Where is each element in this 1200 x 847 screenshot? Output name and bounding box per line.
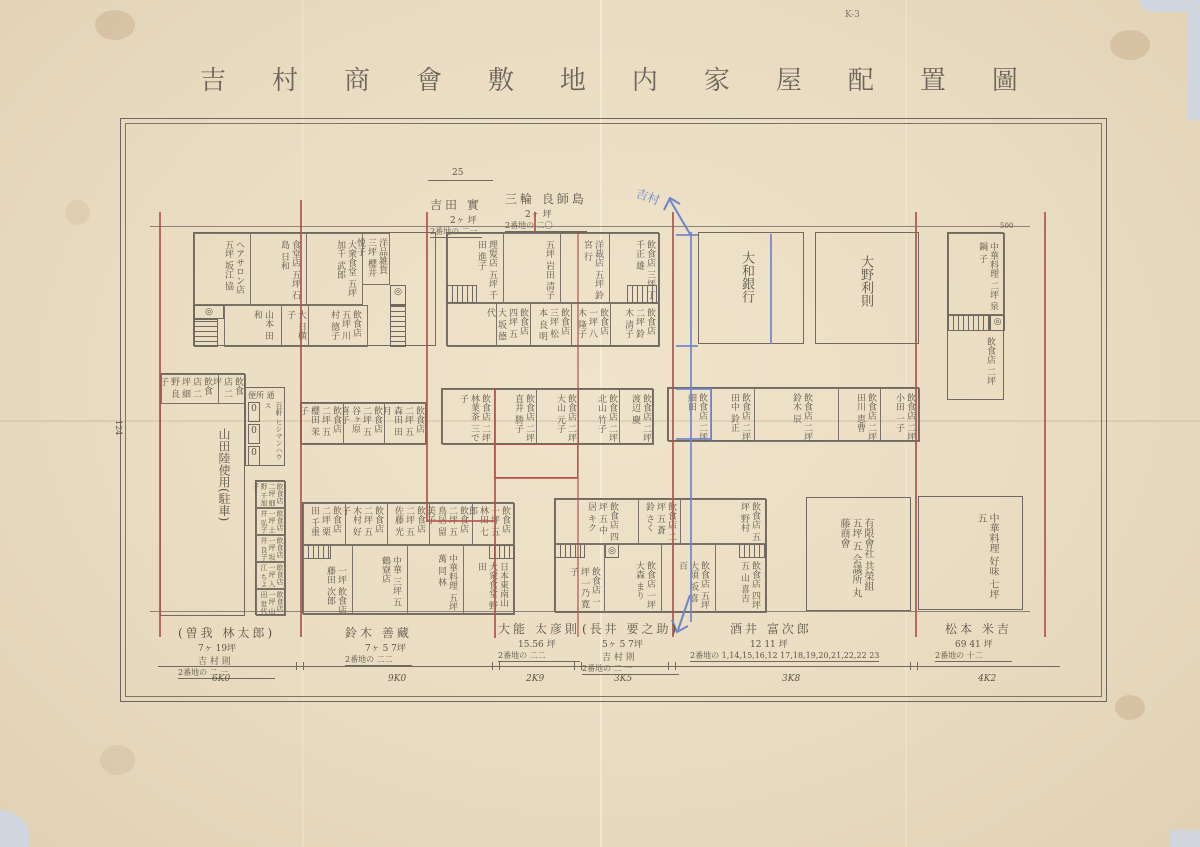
shop-cell: 飲食店 二坪 林業茶 三で子 bbox=[442, 389, 495, 445]
stairs bbox=[194, 319, 218, 347]
paper-stain bbox=[1110, 30, 1150, 60]
title-char: 敷 bbox=[488, 60, 516, 97]
property-boundary-line bbox=[300, 200, 302, 637]
paper-stain bbox=[1115, 695, 1145, 720]
building-left-tall: 飲食店 二坪 細野 良子 飲食店 二坪 山田陸使用(駐車) bbox=[160, 373, 245, 616]
dimension-line bbox=[158, 666, 1060, 667]
document-title: 吉 村 商 會 敷 地 内 家 屋 配 置 圖 bbox=[200, 60, 1020, 96]
property-boundary-line bbox=[1044, 212, 1046, 637]
stairs bbox=[948, 315, 990, 331]
shop-cell: 一坪 飲食店 藤田 次郎 bbox=[303, 545, 353, 615]
shop-cell: 飲食店 一坪 一乃 寛子 bbox=[555, 544, 605, 613]
side-dimension: 124 bbox=[114, 420, 123, 435]
title-char: 商 bbox=[344, 60, 372, 97]
building-toilets: 便所 通 0 0 0 百軒 ヒシマンハウス bbox=[245, 387, 285, 466]
shop-cell: 飲食店 二坪 田川 恵曹 bbox=[838, 388, 881, 442]
toilet-symbol: ◎ bbox=[990, 315, 1005, 331]
shop-cell: 飲食店 四坪 五 中居 キク bbox=[555, 499, 639, 544]
stairs bbox=[390, 305, 406, 347]
paper-tear bbox=[0, 810, 30, 847]
toilet-symbol: ◎ bbox=[390, 285, 406, 305]
shop-cell: 飲食店 二坪 五 谷ヶ原 喜子 bbox=[343, 403, 385, 445]
scale-label: 25 bbox=[452, 168, 463, 178]
title-char: 配 bbox=[848, 60, 876, 97]
shop-cell: 飲食店 一坪 坂井 良子 bbox=[256, 535, 286, 562]
paper-tear bbox=[1188, 0, 1200, 120]
title-char: 家 bbox=[704, 60, 732, 97]
dimension-label: 6K0 bbox=[212, 674, 230, 684]
shop-cell: 飲食店 二坪 細野 千加子 bbox=[256, 481, 286, 508]
dimension-label: 9K0 bbox=[388, 674, 406, 684]
shop-cell: 飲食店 五坪 川村 德子 bbox=[308, 305, 368, 347]
dimension-tick bbox=[492, 662, 500, 670]
property-boundary-line bbox=[915, 212, 917, 637]
shop-cell: 飲食店 二坪 直井 勝子 bbox=[494, 389, 537, 445]
dimension-label: 3K5 bbox=[614, 674, 632, 684]
scale-bar bbox=[428, 180, 493, 181]
shop-cell: 中華 三坪 五 鶴寮店 bbox=[352, 545, 408, 615]
shop-cell: 飲食店 二坪 鈴木 辰 bbox=[754, 388, 839, 442]
dimension-label: 3K8 bbox=[782, 674, 800, 684]
property-boundary-line bbox=[426, 520, 494, 522]
shop-cell: 山本 田和 bbox=[224, 305, 282, 347]
dimension-tick bbox=[574, 662, 582, 670]
title-char: 吉 bbox=[200, 60, 228, 97]
owner-label: 酒井 富次郎 12 11 坪 2番地の 1,14,15,16,12 17,18,… bbox=[690, 620, 879, 662]
building-mid-row-left: 飲食店 二坪 五 櫻田 茉子 飲食店 二坪 五 谷ヶ原 喜子 飲食店 二坪 五 … bbox=[300, 402, 426, 444]
building-bottom-left: 飲食店 二坪 栗田 千重 飲食店 二坪 五 木村 好子 飲食店 二坪 五 佐藤 … bbox=[302, 502, 514, 614]
toilet-symbol: 0 bbox=[248, 424, 260, 444]
shop-cell: 飲食店 三坪 松本 良 明 bbox=[530, 303, 572, 347]
dimension-tick bbox=[910, 662, 918, 670]
title-char: 内 bbox=[632, 60, 660, 97]
blue-annotation-line bbox=[770, 234, 772, 344]
shop-cell: 飲食店 二坪 五 森田 田月 bbox=[384, 403, 427, 445]
shop-cell: 飲食店 二坪 五 木村 好子 bbox=[345, 503, 388, 545]
property-boundary-line bbox=[426, 212, 428, 522]
dimension-label: 4K2 bbox=[978, 674, 996, 684]
shop-cell: 飲食店 一坪 土井 弘子 bbox=[256, 508, 286, 535]
site-corner-label: 500 bbox=[1000, 222, 1013, 230]
paper-stain bbox=[95, 10, 135, 40]
toilet-symbol: ◎ bbox=[194, 305, 224, 319]
north-arrow-icon bbox=[640, 190, 700, 640]
building-right: 中華料理 二坪 泉 鋼 子 ◎ 飲食店 二坪 bbox=[947, 232, 1004, 400]
paper-stain bbox=[100, 745, 135, 775]
shop-cell: 飲食店 二坪 大山 元子 bbox=[536, 389, 579, 445]
owner-label-miwa: 三輪 良師島 2ヶ 坪 2番地の 二〇 bbox=[505, 190, 587, 232]
shop-cell: 飲食店 一坪 山田 世代 bbox=[256, 589, 286, 616]
shop-cell: 中華料理 五坪 萬 同 林 bbox=[407, 545, 464, 615]
building-left-column: 飲食店 二坪 細野 千加子 飲食店 一坪 土井 弘子 飲食店 一坪 坂井 良子 … bbox=[255, 480, 285, 615]
paper-tear bbox=[1170, 830, 1200, 847]
building-top-mid: 理髪店 五坪 千田 進子 五坪 岩田 清子 洋裁店 五坪 鈴宮 行 飲食店 三坪… bbox=[446, 232, 659, 346]
shop-cell: 中華料理 二坪 泉 鋼 子 bbox=[948, 233, 1005, 315]
stairs bbox=[489, 545, 515, 559]
archive-note: K-3 bbox=[845, 10, 860, 20]
title-char: 屋 bbox=[776, 60, 804, 97]
shop-cell: 飲食店 二坪 北山 竹子 bbox=[578, 389, 620, 445]
shop-cell: 飲食店 四坪 五 大 坂 德 代 bbox=[496, 303, 531, 347]
paper-stain bbox=[65, 200, 90, 225]
owner-label: (曽我 林太郎) 7ヶ 19坪 吉 村 則 2番地の 二 一 bbox=[178, 624, 275, 679]
dimension-tick bbox=[668, 662, 676, 670]
toilet-symbol: 0 bbox=[248, 446, 260, 466]
building-chinese-restaurant: 中華料理 好味 七坪 五 bbox=[918, 496, 1023, 610]
shop-cell: 洋裁店 五坪 鈴宮 行 bbox=[560, 233, 610, 303]
shop-cell: 五坪 岩田 清子 bbox=[503, 233, 561, 303]
title-char: 村 bbox=[272, 60, 300, 97]
owner-label: 大能 太彦則 15.56 坪 2番地の 二二 bbox=[498, 620, 580, 662]
shop-cell: 飲食店 一坪 入江 ちよ bbox=[256, 562, 286, 589]
shop-cell: 飲食店 二坪 bbox=[218, 374, 246, 404]
dimension-label: 2K9 bbox=[526, 674, 544, 684]
owner-label: 鈴木 善藏 7ヶ 5 7坪 2番地の 二二 bbox=[345, 624, 412, 666]
shop-cell: 大 日横子 bbox=[281, 305, 309, 347]
title-char: 會 bbox=[416, 60, 444, 97]
owner-label: 松本 米吉 69 41 坪 2番地の 十二 bbox=[935, 620, 1012, 662]
property-boundary-line bbox=[494, 388, 496, 638]
blue-annotation-line bbox=[710, 388, 712, 440]
shop-cell: 飲食店 二坪 田中 鈴正 bbox=[711, 388, 755, 442]
stairs bbox=[739, 544, 767, 558]
dimension-tick bbox=[296, 662, 304, 670]
building-mid-row-right: 飲食店 二坪 細田 飲食店 二坪 田中 鈴正 飲食店 二坪 鈴木 辰 飲食店 二… bbox=[667, 387, 919, 441]
shop-cell: 食堂店 五坪 石島 日和 bbox=[250, 233, 307, 305]
building-mid-row-center: 飲食店 二坪 林業茶 三で子 飲食店 二坪 直井 勝子 飲食店 二坪 大山 元子… bbox=[441, 388, 653, 444]
title-char: 地 bbox=[560, 60, 588, 97]
property-boundary-line bbox=[577, 232, 579, 637]
property-boundary-line bbox=[534, 212, 536, 232]
stairs bbox=[447, 285, 477, 303]
building-top-left: ヘアサロン店 五坪 坂江 協 食堂店 五坪 石島 日和 大衆食堂 五坪 加千 武… bbox=[193, 232, 436, 346]
toilet-symbol: 0 bbox=[248, 402, 260, 422]
shop-cell: 洋品雑貨 三坪 櫻井 悦子 bbox=[362, 233, 390, 285]
building-oono: 大野利則 bbox=[815, 232, 919, 344]
building-bank: 大和銀行 bbox=[698, 232, 804, 344]
title-char: 圖 bbox=[992, 60, 1020, 97]
property-boundary-line bbox=[159, 212, 161, 637]
property-boundary-line bbox=[494, 477, 578, 479]
building-corner-hall: 有限會社 共榮組 五坪 五 会議所 丸藤商會 bbox=[806, 497, 911, 611]
title-char: 置 bbox=[920, 60, 948, 97]
building-mid-annex bbox=[494, 444, 578, 478]
shop-cell: ヘアサロン店 五坪 坂江 協 bbox=[194, 233, 251, 305]
shop-cell: 飲食店 二坪 小田 一子 bbox=[880, 388, 920, 442]
